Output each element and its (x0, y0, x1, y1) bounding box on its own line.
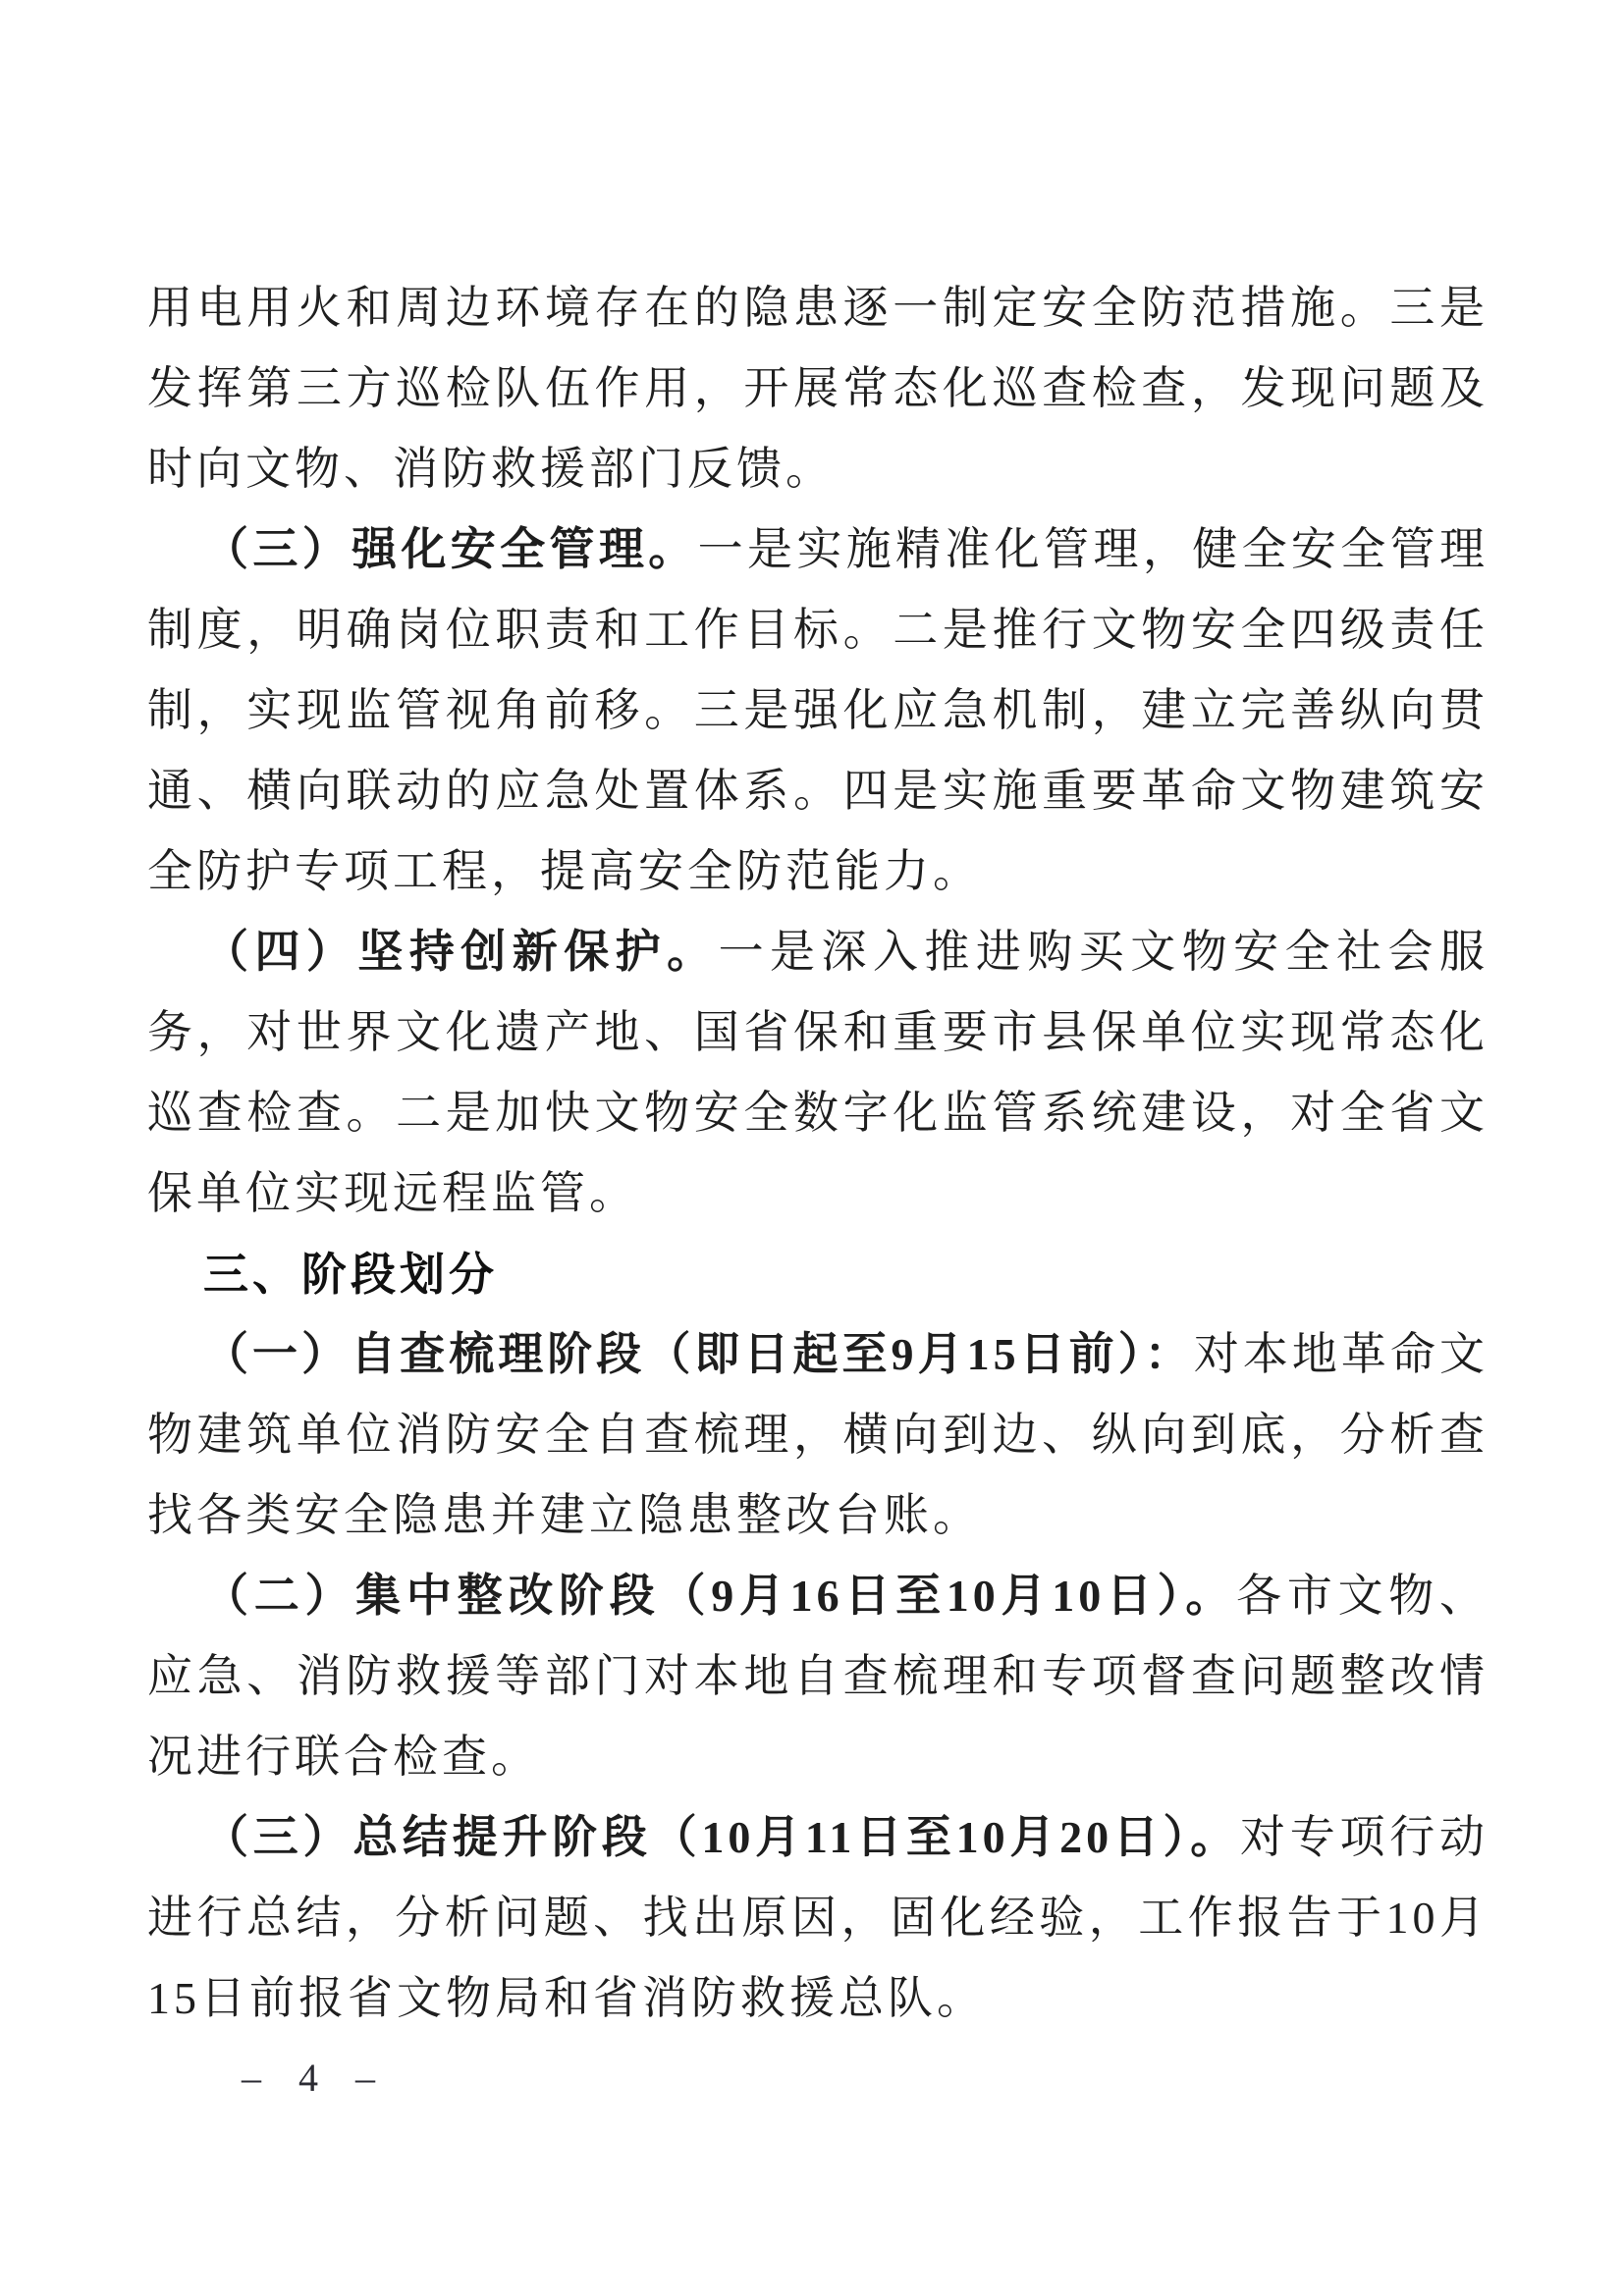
paragraph-continuation: 用电用火和周边环境存在的隐患逐一制定安全防范措施。三是发挥第三方巡检队伍作用，开… (147, 268, 1489, 509)
phase-1-lead: （一）自查梳理阶段（即日起至9月15日前）： (203, 1329, 1194, 1379)
paragraph-section-4: （四）坚持创新保护。一是深入推进购买文物安全社会服务，对世界文化遗产地、国省保和… (147, 912, 1489, 1234)
paragraph-phase-3: （三）总结提升阶段（10月11日至10月20日）。对专项行动进行总结，分析问题、… (147, 1797, 1489, 2039)
paragraph-phase-2: （二）集中整改阶段（9月16日至10月10日）。各市文物、应急、消防救援等部门对… (147, 1556, 1489, 1797)
paragraph-phase-1: （一）自查梳理阶段（即日起至9月15日前）：对本地革命文物建筑单位消防安全自查梳… (147, 1314, 1489, 1556)
paragraph-section-3: （三）强化安全管理。一是实施精准化管理，健全安全管理制度，明确岗位职责和工作目标… (147, 509, 1489, 912)
document-body: 用电用火和周边环境存在的隐患逐一制定安全防范措施。三是发挥第三方巡检队伍作用，开… (147, 268, 1489, 2039)
page-number: – 4 – (242, 2056, 389, 2101)
phase-3-lead: （三）总结提升阶段（10月11日至10月20日）。 (203, 1812, 1240, 1862)
document-page: 用电用火和周边环境存在的隐患逐一制定安全防范措施。三是发挥第三方巡检队伍作用，开… (0, 0, 1624, 2296)
section-3-lead: （三）强化安全管理。 (203, 524, 698, 574)
phase-2-lead: （二）集中整改阶段（9月16日至10月10日）。 (203, 1571, 1236, 1621)
section-3-body: 一是实施精准化管理，健全安全管理制度，明确岗位职责和工作目标。二是推行文物安全四… (147, 524, 1489, 896)
section-4-lead: （四）坚持创新保护。 (203, 927, 719, 977)
heading-phase-division: 三、阶段划分 (147, 1234, 1489, 1314)
